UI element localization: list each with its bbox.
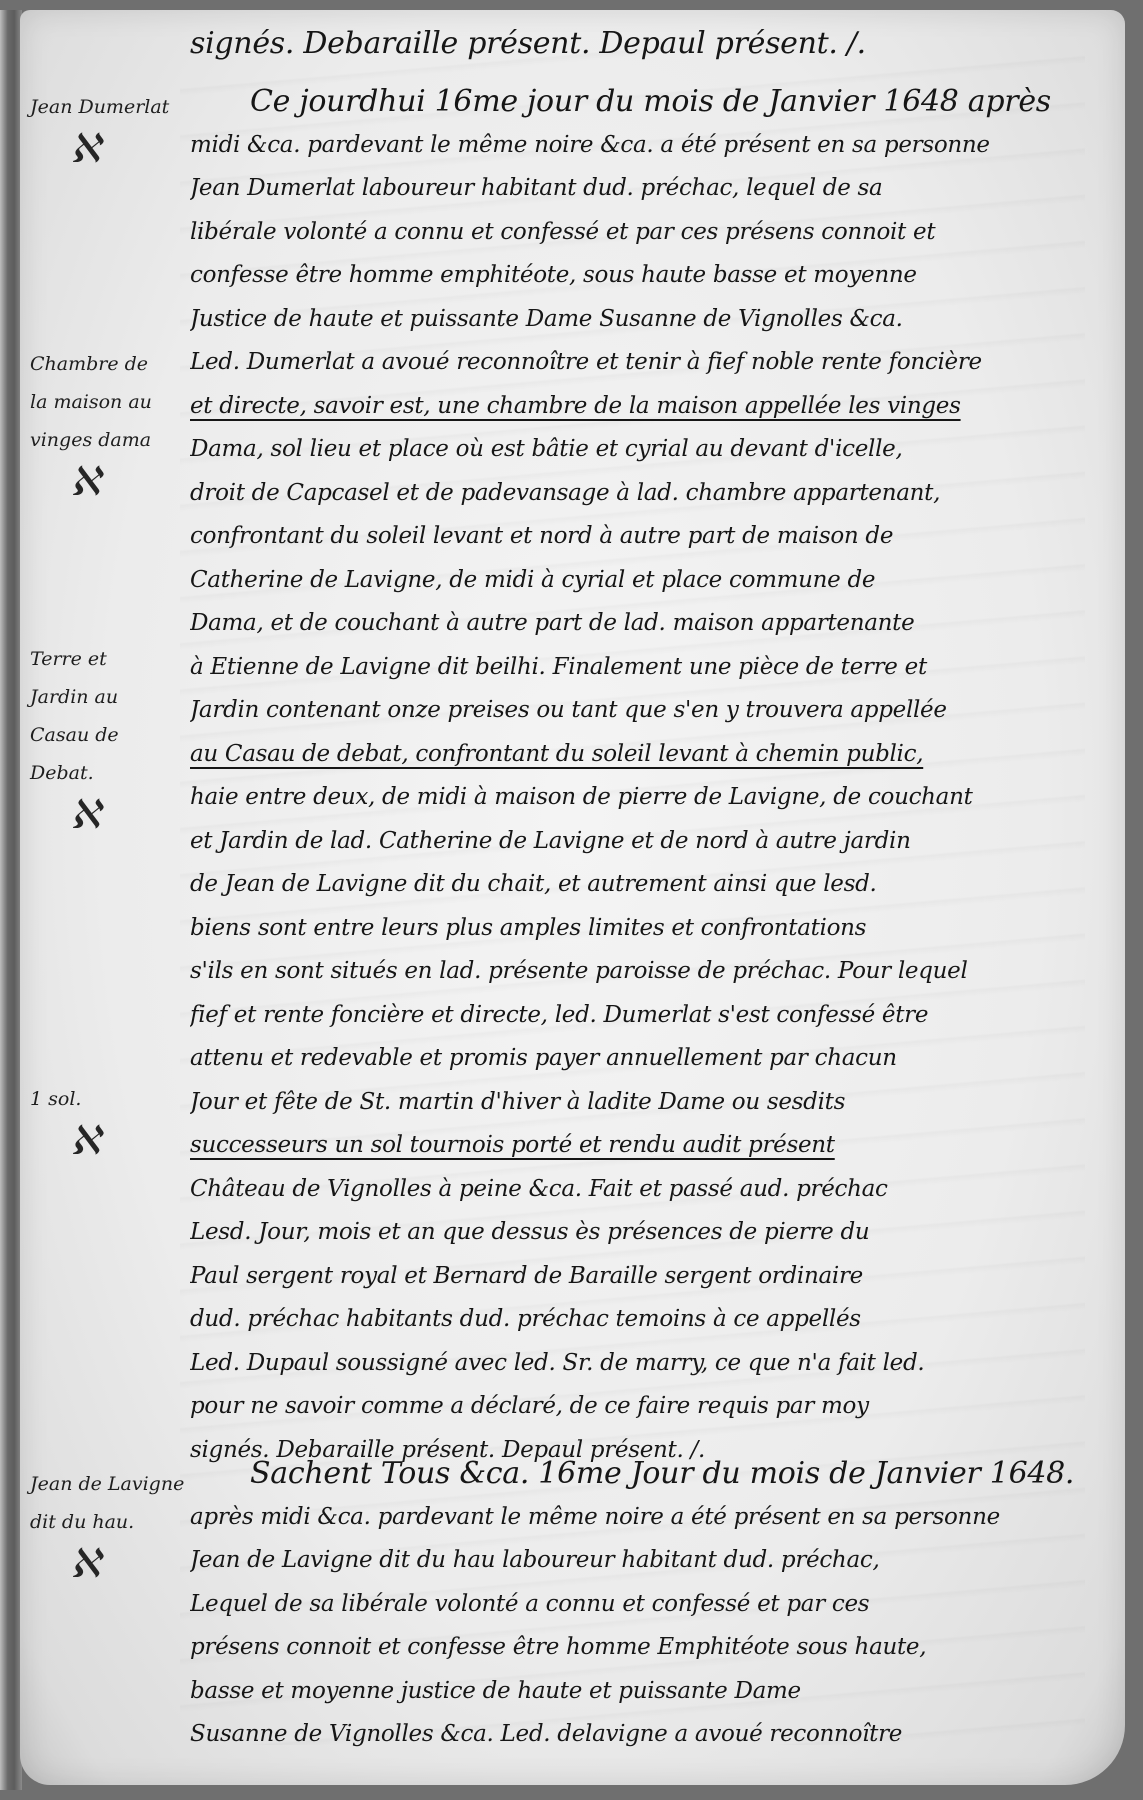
text-line: Catherine de Lavigne, de midi à cyrial e…: [190, 559, 1095, 603]
text-line: attenu et redevable et promis payer annu…: [190, 1037, 1095, 1081]
act-opening-line: Sachent Tous &ca. 16me Jour du mois de J…: [190, 1452, 1095, 1496]
text-line: Led. Dumerlat a avoué reconnoître et ten…: [190, 341, 1095, 385]
margin-note-line: vinges dama: [30, 421, 200, 459]
text-line: confesse être homme emphitéote, sous hau…: [190, 254, 1095, 298]
margin-note-line: Terre et: [30, 640, 200, 678]
text-line: Jean Dumerlat laboureur habitant dud. pr…: [190, 167, 1095, 211]
text-line: Jour et fête de St. martin d'hiver à lad…: [190, 1081, 1095, 1125]
text-line: pour ne savoir comme a déclaré, de ce fa…: [190, 1385, 1095, 1429]
text-line: Lequel de sa libérale volonté a connu et…: [190, 1583, 1095, 1627]
text-line: Lesd. Jour, mois et an que dessus ès pré…: [190, 1211, 1095, 1255]
text-line-underlined: au Casau de debat, confrontant du soleil…: [190, 733, 1095, 777]
text-line: haie entre deux, de midi à maison de pie…: [190, 776, 1095, 820]
text-line: Dama, et de couchant à autre part de lad…: [190, 602, 1095, 646]
text-line: libérale volonté a connu et confessé et …: [190, 211, 1095, 255]
text-line: après midi &ca. pardevant le même noire …: [190, 1496, 1095, 1540]
margin-note-line: Debat.: [30, 754, 200, 792]
margin-note-line: 1 sol.: [30, 1080, 200, 1118]
text-line: et Jardin de lad. Catherine de Lavigne e…: [190, 820, 1095, 864]
text-line: de Jean de Lavigne dit du chait, et autr…: [190, 863, 1095, 907]
text-line: à Etienne de Lavigne dit beilhi. Finalem…: [190, 646, 1095, 690]
text-line: biens sont entre leurs plus amples limit…: [190, 907, 1095, 951]
margin-note-line: Jean de Lavigne: [30, 1465, 200, 1503]
paraph-mark-icon: ℵ: [70, 459, 200, 505]
act-delavigne: Sachent Tous &ca. 16me Jour du mois de J…: [190, 1452, 1095, 1757]
text-line-underlined: et directe, savoir est, une chambre de l…: [190, 385, 1095, 429]
text-line: dud. préchac habitants dud. préchac temo…: [190, 1298, 1095, 1342]
margin-note-line: Casau de: [30, 716, 200, 754]
text-line: Jean de Lavigne dit du hau laboureur hab…: [190, 1539, 1095, 1583]
text-line: midi &ca. pardevant le même noire &ca. a…: [190, 124, 1095, 168]
paraph-mark-icon: ℵ: [70, 1541, 200, 1587]
paraph-mark-icon: ℵ: [70, 126, 200, 172]
text-line-underlined: successeurs un sol tournois porté et ren…: [190, 1124, 1095, 1168]
text-line: basse et moyenne justice de haute et pui…: [190, 1670, 1095, 1714]
text-line: Paul sergent royal et Bernard de Baraill…: [190, 1255, 1095, 1299]
margin-note-line: Chambre de: [30, 345, 200, 383]
text-line: confrontant du soleil levant et nord à a…: [190, 515, 1095, 559]
paraph-mark-icon: ℵ: [70, 1118, 200, 1164]
text-line: fief et rente foncière et directe, led. …: [190, 994, 1095, 1038]
text-line: Led. Dupaul soussigné avec led. Sr. de m…: [190, 1342, 1095, 1386]
margin-note-terre: Terre et Jardin au Casau de Debat. ℵ: [30, 640, 200, 838]
margin-note-line: la maison au: [30, 383, 200, 421]
margin-note-line: Jean Dumerlat: [30, 88, 200, 126]
text-line: Jardin contenant onze preises ou tant qu…: [190, 689, 1095, 733]
text-line: Justice de haute et puissante Dame Susan…: [190, 298, 1095, 342]
text-line: s'ils en sont situés en lad. présente pa…: [190, 950, 1095, 994]
act-opening-line: Ce jourdhui 16me jour du mois de Janvier…: [190, 80, 1095, 124]
act-dumerlat: Ce jourdhui 16me jour du mois de Janvier…: [190, 80, 1095, 1472]
text-line: droit de Capcasel et de padevansage à la…: [190, 472, 1095, 516]
text-line: Susanne de Vignolles &ca. Led. delavigne…: [190, 1713, 1095, 1757]
text-line: Château de Vignolles à peine &ca. Fait e…: [190, 1168, 1095, 1212]
margin-note-line: Jardin au: [30, 678, 200, 716]
margin-note-dumerlat: Jean Dumerlat ℵ: [30, 88, 200, 172]
margin-note-sol: 1 sol. ℵ: [30, 1080, 200, 1164]
signature-line: signés. Debaraille présent. Depaul prése…: [190, 22, 1095, 66]
paraph-mark-icon: ℵ: [70, 792, 200, 838]
continuation-block: signés. Debaraille présent. Depaul prése…: [190, 22, 1095, 66]
binding-edge: [0, 10, 22, 1790]
text-line: Dama, sol lieu et place où est bâtie et …: [190, 428, 1095, 472]
text-line: présens connoit et confesse être homme E…: [190, 1626, 1095, 1670]
margin-note-chambre: Chambre de la maison au vinges dama ℵ: [30, 345, 200, 505]
margin-note-delavigne: Jean de Lavigne dit du hau. ℵ: [30, 1465, 200, 1587]
margin-note-line: dit du hau.: [30, 1503, 200, 1541]
